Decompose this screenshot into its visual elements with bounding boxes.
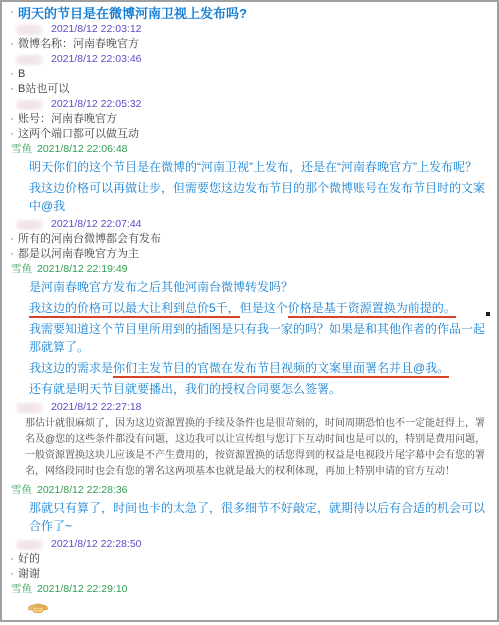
redacted-name-blur bbox=[16, 403, 43, 413]
bullet-icon: · bbox=[8, 553, 16, 566]
message-text: 是河南春晚官方发布之后其他河南台微博转发吗？ bbox=[29, 280, 293, 294]
chat-message-row: ·所有的河南台微博都会有发布 bbox=[7, 233, 491, 246]
chat-message: 明天的节目是在微博河南卫视上发布吗? bbox=[18, 6, 247, 21]
timestamp-row: 雪鱼2021/8/12 22:28:36 bbox=[11, 484, 491, 497]
red-underlined-text: 我这边的价格可以最大让利到总价5千， bbox=[29, 301, 240, 318]
chat-message: 所有的河南台微博都会有发布 bbox=[18, 233, 161, 246]
chat-message: 还有就是明天节目就要播出，我们的授权合同要怎么签署。 bbox=[29, 380, 491, 398]
sender-name: 雪鱼 bbox=[11, 263, 32, 276]
message-text: 所有的河南台微博都会有发布 bbox=[18, 233, 161, 245]
timestamp: 2021/8/12 22:06:48 bbox=[37, 143, 128, 156]
bullet-icon: · bbox=[8, 6, 16, 19]
message-text: 这两个端口都可以做互动 bbox=[18, 128, 139, 140]
message-text: 那估计就很麻烦了，因为这边资源置换的手续及条件也是很苛刻的，时间周期恐怕也不一定… bbox=[25, 418, 485, 477]
timestamp-row: 2021/8/12 22:05:32 bbox=[16, 98, 491, 111]
chat-message: 谢谢 bbox=[18, 568, 40, 581]
chat-message: 好的 bbox=[18, 553, 40, 566]
chat-message-row: ·B bbox=[7, 68, 491, 81]
chat-message-row: ·这两个端口都可以做互动 bbox=[7, 128, 491, 141]
emoji-message bbox=[27, 601, 491, 619]
chat-message: 都是以河南春晚官方为主 bbox=[18, 248, 139, 261]
timestamp-row: 2021/8/12 22:07:44 bbox=[16, 218, 491, 231]
chat-message: 我需要知道这个节目里所用到的插图是只有我一家的吗？如果是和其他作者的作品一起那就… bbox=[29, 320, 491, 356]
chat-message: 那估计就很麻烦了，因为这边资源置换的手续及条件也是很苛刻的，时间周期恐怕也不一定… bbox=[25, 416, 491, 480]
bullet-icon: · bbox=[8, 233, 16, 246]
timestamp: 2021/8/12 22:03:46 bbox=[51, 53, 142, 66]
chat-message-row: ·B站也可以 bbox=[7, 83, 491, 96]
timestamp: 2021/8/12 22:27:18 bbox=[51, 401, 142, 414]
message-text: 但是这个 bbox=[240, 301, 288, 315]
red-underlined-text: 价格是基于资源置换为前提的。 bbox=[288, 301, 456, 318]
message-text: B站也可以 bbox=[18, 83, 69, 95]
bullet-icon: · bbox=[8, 113, 16, 126]
message-text: 好的 bbox=[18, 553, 40, 565]
timestamp-row: 雪鱼2021/8/12 22:19:49 bbox=[11, 263, 491, 276]
bullet-icon: · bbox=[8, 83, 16, 96]
chat-export-page: ·明天的节目是在微博河南卫视上发布吗?2021/8/12 22:03:12·微博… bbox=[0, 0, 499, 622]
red-underlined-text: 你们主发节目的官微在发布节目视频的文案里面署名并且@我。 bbox=[113, 361, 449, 378]
redacted-name-blur bbox=[16, 220, 43, 230]
message-text: 都是以河南春晚官方为主 bbox=[18, 248, 139, 260]
message-text: 明天你们的这个节目是在微博的“河南卫视”上发布，还是在“河南春晚官方”上发布呢？ bbox=[29, 160, 477, 174]
timestamp-row: 2021/8/12 22:27:18 bbox=[16, 401, 491, 414]
timestamp: 2021/8/12 22:28:36 bbox=[37, 484, 128, 497]
bullet-icon: · bbox=[8, 68, 16, 81]
sender-name: 雪鱼 bbox=[11, 583, 32, 596]
chat-message-row: ·好的 bbox=[7, 553, 491, 566]
message-text: 我这边的需求是 bbox=[29, 361, 113, 375]
chat-message: 我这边价格可以再做让步，但需要您这边发布节目的那个微博账号在发布节目时的文案中@… bbox=[29, 179, 491, 215]
redacted-name-blur bbox=[16, 55, 43, 65]
chat-message: 这两个端口都可以做互动 bbox=[18, 128, 139, 141]
sender-name: 雪鱼 bbox=[11, 143, 32, 156]
chat-log: ·明天的节目是在微博河南卫视上发布吗?2021/8/12 22:03:12·微博… bbox=[7, 6, 491, 619]
chat-message: 微博名称：河南春晚官方 bbox=[18, 38, 139, 51]
chat-message: 是河南春晚官方发布之后其他河南台微博转发吗？ bbox=[29, 278, 491, 296]
message-text: 微博名称：河南春晚官方 bbox=[18, 38, 139, 50]
timestamp: 2021/8/12 22:03:12 bbox=[51, 23, 142, 36]
message-text: 谢谢 bbox=[18, 568, 40, 580]
chat-message: B bbox=[18, 68, 25, 81]
chat-message: B站也可以 bbox=[18, 83, 69, 96]
timestamp-row: 雪鱼2021/8/12 22:29:10 bbox=[11, 583, 491, 596]
redacted-name-blur bbox=[16, 540, 43, 550]
bullet-icon: · bbox=[8, 248, 16, 261]
sender-name: 雪鱼 bbox=[11, 484, 32, 497]
chat-message-row: ·微博名称：河南春晚官方 bbox=[7, 38, 491, 51]
screenshot-artifact-dot bbox=[486, 312, 490, 316]
chat-message-row: ·账号：河南春晚官方 bbox=[7, 113, 491, 126]
timestamp-row: 2021/8/12 22:03:46 bbox=[16, 53, 491, 66]
message-text: 那就只有算了，时间也卡的太急了，很多细节不好敲定，就期待以后有合适的机会可以合作… bbox=[29, 501, 485, 533]
bullet-icon: · bbox=[8, 38, 16, 51]
timestamp: 2021/8/12 22:29:10 bbox=[37, 583, 128, 596]
chat-message-row: ·都是以河南春晚官方为主 bbox=[7, 248, 491, 261]
message-text: 明天的节目是在微博河南卫视上发布吗? bbox=[18, 6, 247, 21]
message-text: B bbox=[18, 68, 25, 80]
timestamp-row: 2021/8/12 22:03:12 bbox=[16, 23, 491, 36]
message-text: 还有就是明天节目就要播出，我们的授权合同要怎么签署。 bbox=[29, 382, 341, 396]
chat-message: 账号：河南春晚官方 bbox=[18, 113, 117, 126]
chat-message: 我这边的需求是你们主发节目的官微在发布节目视频的文案里面署名并且@我。 bbox=[29, 359, 491, 377]
handshake-emoji-icon bbox=[27, 601, 49, 616]
timestamp: 2021/8/12 22:28:50 bbox=[51, 538, 142, 551]
timestamp-row: 雪鱼2021/8/12 22:06:48 bbox=[11, 143, 491, 156]
timestamp: 2021/8/12 22:19:49 bbox=[37, 263, 128, 276]
chat-message: 明天你们的这个节目是在微博的“河南卫视”上发布，还是在“河南春晚官方”上发布呢？ bbox=[29, 158, 491, 176]
message-text: 我这边价格可以再做让步，但需要您这边发布节目的那个微博账号在发布节目时的文案中@… bbox=[29, 181, 485, 213]
timestamp-row: 2021/8/12 22:28:50 bbox=[16, 538, 491, 551]
message-text: 账号：河南春晚官方 bbox=[18, 113, 117, 125]
redacted-name-blur bbox=[16, 100, 43, 110]
redacted-name-blur bbox=[16, 25, 43, 35]
bullet-icon: · bbox=[8, 568, 16, 581]
timestamp: 2021/8/12 22:05:32 bbox=[51, 98, 142, 111]
chat-message: 我这边的价格可以最大让利到总价5千，但是这个价格是基于资源置换为前提的。 bbox=[29, 299, 491, 317]
message-text: 我需要知道这个节目里所用到的插图是只有我一家的吗？如果是和其他作者的作品一起那就… bbox=[29, 322, 485, 354]
bullet-icon: · bbox=[8, 128, 16, 141]
chat-message-row: ·谢谢 bbox=[7, 568, 491, 581]
chat-message-row: ·明天的节目是在微博河南卫视上发布吗? bbox=[7, 6, 491, 21]
timestamp: 2021/8/12 22:07:44 bbox=[51, 218, 142, 231]
chat-message: 那就只有算了，时间也卡的太急了，很多细节不好敲定，就期待以后有合适的机会可以合作… bbox=[29, 499, 491, 535]
